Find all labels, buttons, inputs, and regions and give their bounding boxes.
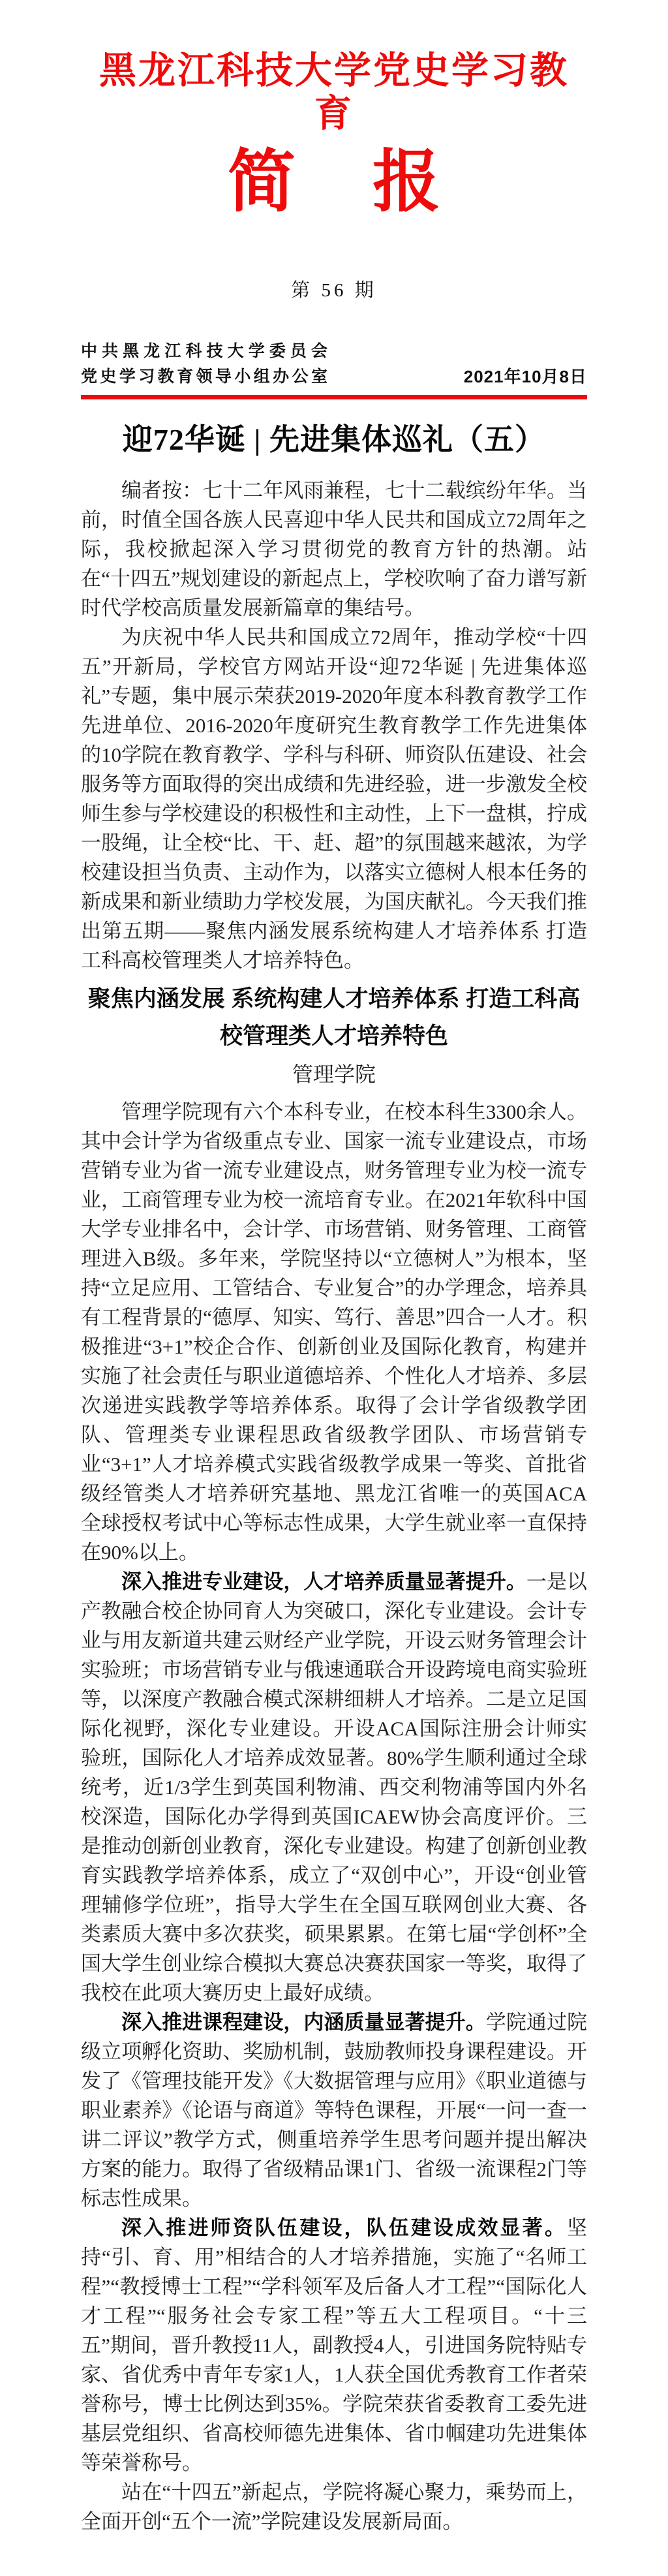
publisher-line-2: 党史学习教育领导小组办公室: [81, 364, 327, 390]
paragraph-text: 坚持“引、育、用”相结合的人才培养措施，实施了“名师工程”“教授博士工程”“学科…: [81, 2216, 587, 2474]
paragraph-lead: 深入推进师资队伍建设，队伍建设成效显著。: [121, 2216, 567, 2239]
paragraph-text: 编者按：七十二年风雨兼程，七十二载缤纷年华。当前，时值全国各族人民喜迎中华人民共…: [81, 479, 587, 619]
bulletin-content: 黑龙江科技大学党史学习教育 简报 第 56 期 中共黑龙江科技大学委员会 党史学…: [81, 50, 587, 2536]
paragraph-lead: 深入推进专业建设，人才培养质量显著提升。: [121, 1570, 526, 1593]
body-paragraph: 站在“十四五”新起点，学院将凝心聚力，乘势而上，全面开创“五个一流”学院建设发展…: [81, 2477, 587, 2536]
bulletin-page: 黑龙江科技大学党史学习教育 简报 第 56 期 中共黑龙江科技大学委员会 党史学…: [0, 0, 668, 2576]
section-heading: 聚焦内涵发展 系统构建人才培养体系 打造工科高校管理类人才培养特色: [81, 980, 587, 1055]
body-paragraph: 深入推进师资队伍建设，队伍建设成效显著。坚持“引、育、用”相结合的人才培养措施，…: [81, 2213, 587, 2477]
body-paragraph: 深入推进课程建设，内涵质量显著提升。学院通过院级立项孵化资助、奖励机制，鼓励教师…: [81, 2008, 587, 2213]
publisher-line-1: 中共黑龙江科技大学委员会: [81, 339, 327, 364]
intro-paragraph: 编者按：七十二年风雨兼程，七十二载缤纷年华。当前，时值全国各族人民喜迎中华人民共…: [81, 476, 587, 623]
issue-number: 第 56 期: [81, 275, 587, 302]
intro-paragraph: 为庆祝中华人民共和国成立72周年，推动学校“十四五”开新局，学校官方网站开设“迎…: [81, 623, 587, 975]
paragraph-text: 学院通过院级立项孵化资助、奖励机制，鼓励教师投身课程建设。开发了《管理技能开发》…: [81, 2011, 587, 2210]
article-title: 迎72华诞 | 先进集体巡礼（五）: [81, 422, 587, 458]
body-paragraph: 深入推进专业建设，人才培养质量显著提升。一是以产教融合校企协同育人为突破口，深化…: [81, 1567, 587, 2008]
article-body: 编者按：七十二年风雨兼程，七十二载缤纷年华。当前，时值全国各族人民喜迎中华人民共…: [81, 476, 587, 2536]
masthead-bulletin-title: 简报: [81, 147, 587, 218]
publisher-lines: 中共黑龙江科技大学委员会 党史学习教育领导小组办公室: [81, 339, 327, 390]
paragraph-text: 一是以产教融合校企协同育人为突破口，深化专业建设。会计专业与用友新道共建云财经产…: [81, 1570, 587, 2004]
masthead-org-title: 黑龙江科技大学党史学习教育: [81, 50, 587, 135]
publisher-row: 中共黑龙江科技大学委员会 党史学习教育领导小组办公室 2021年10月8日: [81, 339, 587, 390]
body-paragraph: 管理学院现有六个本科专业，在校本科生3300余人。其中会计学为省级重点专业、国家…: [81, 1097, 587, 1567]
paragraph-lead: 深入推进课程建设，内涵质量显著提升。: [121, 2011, 486, 2034]
paragraph-text: 站在“十四五”新起点，学院将凝心聚力，乘势而上，全面开创“五个一流”学院建设发展…: [81, 2481, 587, 2533]
paragraph-text: 为庆祝中华人民共和国成立72周年，推动学校“十四五”开新局，学校官方网站开设“迎…: [81, 626, 587, 972]
section-subtitle: 管理学院: [81, 1060, 587, 1089]
paragraph-text: 管理学院现有六个本科专业，在校本科生3300余人。其中会计学为省级重点专业、国家…: [81, 1100, 587, 1564]
issue-date: 2021年10月8日: [464, 364, 587, 390]
masthead-divider-rule: [81, 395, 587, 399]
